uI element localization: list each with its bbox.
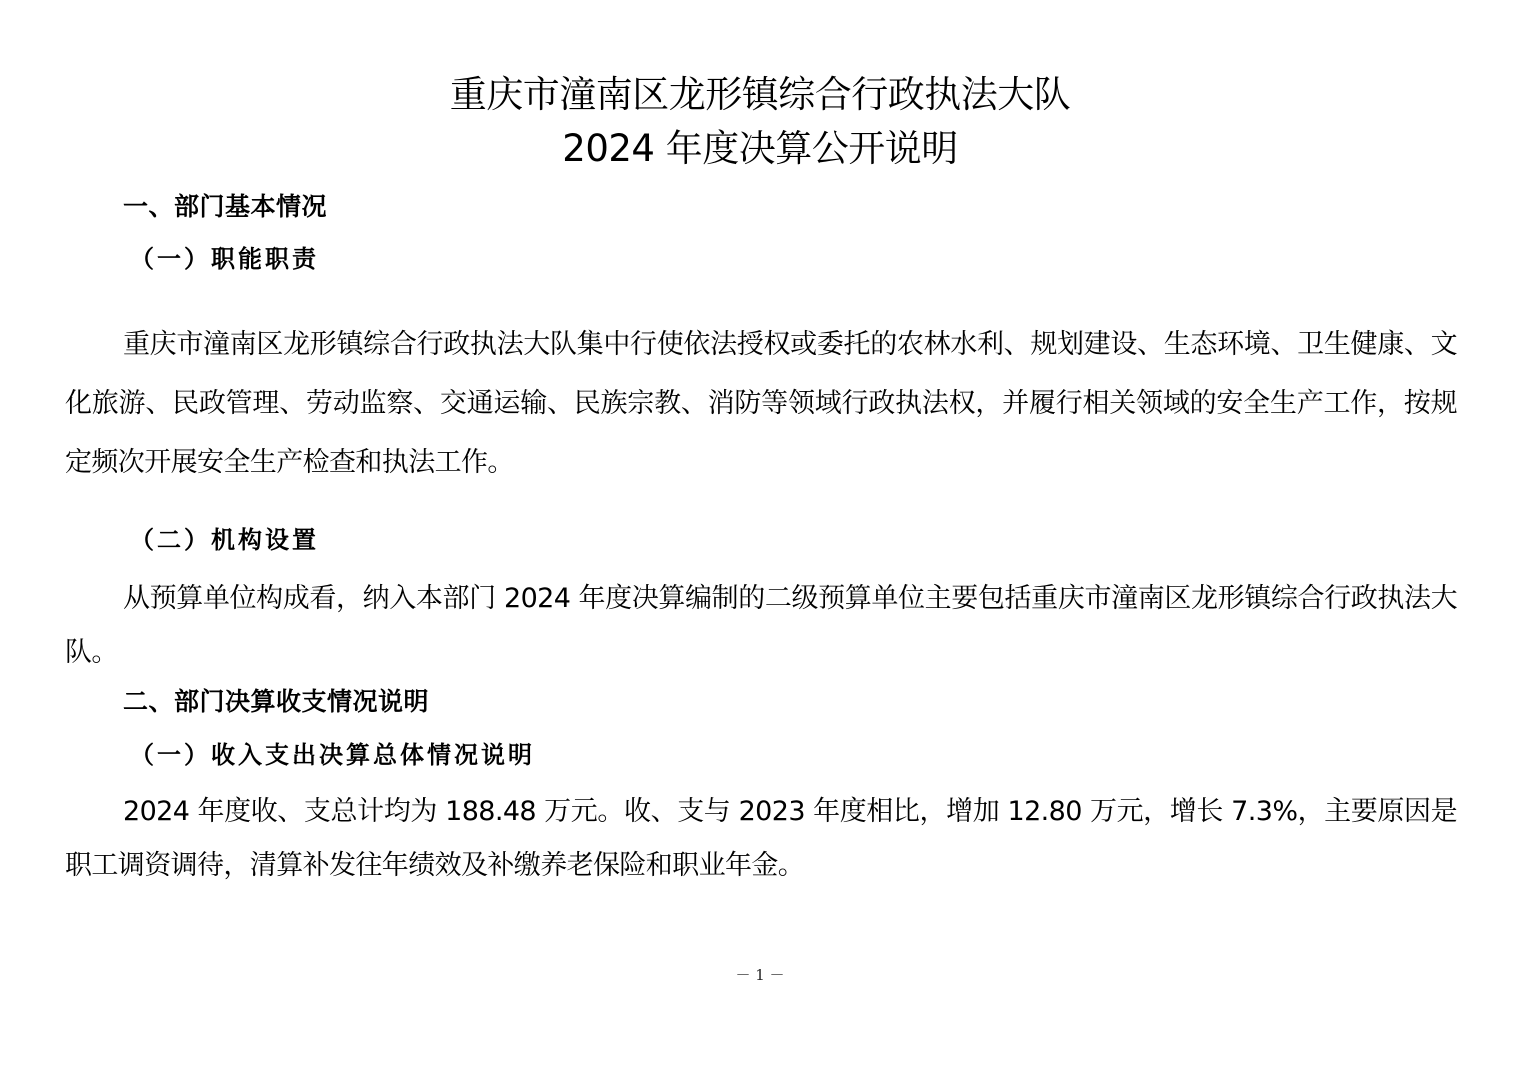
section-heading-final-accounts: 二、部门决算收支情况说明 <box>123 684 429 720</box>
section-heading-basic-info: 一、部门基本情况 <box>123 189 327 225</box>
document-title-line2: 2024 年度决算公开说明 <box>0 125 1520 173</box>
subsection-heading-organization: （二）机构设置 <box>130 522 319 558</box>
paragraph-functions: 重庆市潼南区龙形镇综合行政执法大队集中行使依法授权或委托的农林水利、规划建设、生… <box>65 315 1457 492</box>
page-number: － 1 － <box>0 963 1520 987</box>
subsection-heading-functions: （一）职能职责 <box>130 241 319 277</box>
paragraph-organization: 从预算单位构成看，纳入本部门 2024 年度决算编制的二级预算单位主要包括重庆市… <box>65 572 1457 680</box>
document-page: 重庆市潼南区龙形镇综合行政执法大队 2024 年度决算公开说明 一、部门基本情况… <box>0 0 1520 1075</box>
document-title-line1: 重庆市潼南区龙形镇综合行政执法大队 <box>0 71 1520 119</box>
paragraph-income-expenditure: 2024 年度收、支总计均为 188.48 万元。收、支与 2023 年度相比，… <box>65 785 1457 893</box>
subsection-heading-income-expenditure: （一）收入支出决算总体情况说明 <box>130 737 535 773</box>
